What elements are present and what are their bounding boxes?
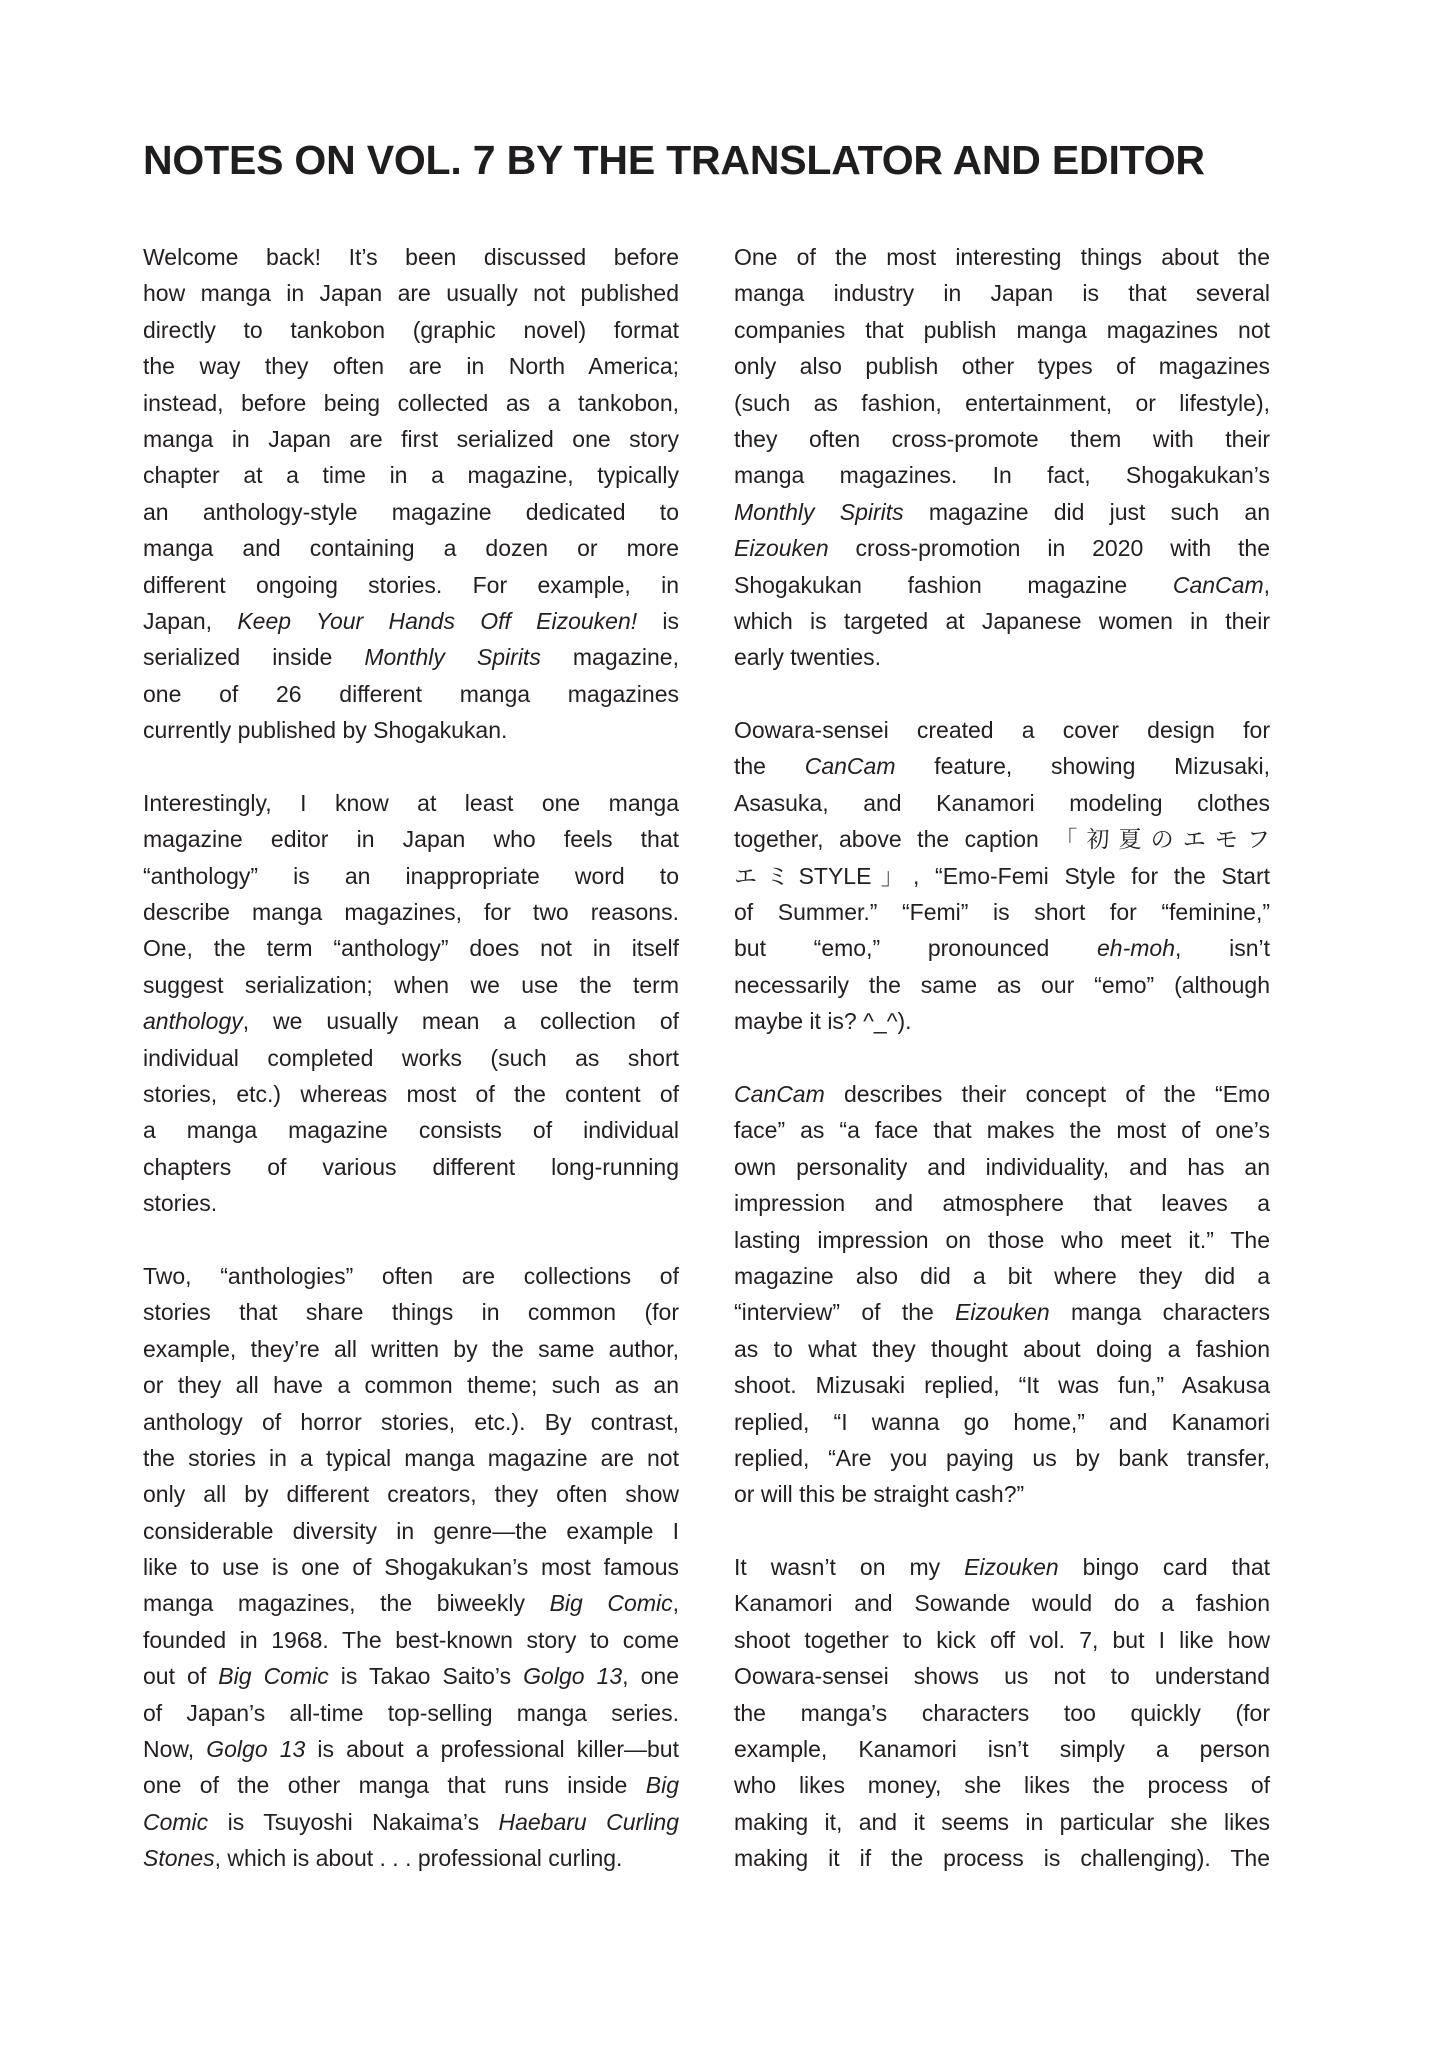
body-text: , which is about . . . professional curl… (215, 1845, 623, 1871)
body-text: Welcome back! It’s been discussed before (143, 244, 679, 270)
text-line: Welcome back! It’s been discussed before (143, 239, 679, 275)
body-text: describes their concept of the “Emo (825, 1081, 1270, 1107)
text-line: example, Kanamori isn’t simply a person (734, 1731, 1270, 1767)
body-text: of Japan’s all-time top-selling manga se… (143, 1700, 679, 1726)
body-text: face” as “a face that makes the most of … (734, 1117, 1270, 1143)
body-text: manga magazines. In fact, Shogakukan’s (734, 462, 1270, 488)
text-line: Interestingly, I know at least one manga (143, 785, 679, 821)
body-text: , (673, 1590, 679, 1616)
text-line: Comic is Tsuyoshi Nakaima’s Haebaru Curl… (143, 1804, 679, 1840)
left-column: Welcome back! It’s been discussed before… (143, 239, 679, 1913)
text-line: manga magazines. In fact, Shogakukan’s (734, 457, 1270, 493)
body-text: is Tsuyoshi Nakaima’s (208, 1809, 498, 1835)
text-line: the CanCam feature, showing Mizusaki, (734, 748, 1270, 784)
text-line: anthology of horror stories, etc.). By c… (143, 1404, 679, 1440)
text-line: the manga’s characters too quickly (for (734, 1695, 1270, 1731)
text-line: CanCam describes their concept of the “E… (734, 1076, 1270, 1112)
body-text: replied, “I wanna go home,” and Kanamori (734, 1409, 1270, 1435)
body-text: out of (143, 1663, 218, 1689)
body-text: Two, “anthologies” often are collections… (143, 1263, 679, 1289)
italic-title-text: Big Comic (218, 1663, 328, 1689)
body-text: magazine editor in Japan who feels that (143, 826, 679, 852)
italic-title-text: eh-moh (1097, 935, 1175, 961)
body-text: manga characters (1050, 1299, 1270, 1325)
paragraph: One of the most interesting things about… (734, 239, 1270, 676)
text-line: (such as fashion, entertainment, or life… (734, 385, 1270, 421)
body-text: magazine did just such an (904, 499, 1270, 525)
italic-title-text: Eizouken (734, 535, 829, 561)
body-text: Asasuka, and Kanamori modeling clothes (734, 790, 1270, 816)
text-line: face” as “a face that makes the most of … (734, 1112, 1270, 1148)
italic-title-text: Keep Your Hands Off Eizouken! (237, 608, 637, 634)
text-line: the stories in a typical manga magazine … (143, 1440, 679, 1476)
body-text: or they all have a common theme; such as… (143, 1372, 679, 1398)
text-line: Japan, Keep Your Hands Off Eizouken! is (143, 603, 679, 639)
body-text: companies that publish manga magazines n… (734, 317, 1270, 343)
text-line: only all by different creators, they oft… (143, 1476, 679, 1512)
text-line: one of 26 different manga magazines (143, 676, 679, 712)
text-line: the way they often are in North America; (143, 348, 679, 384)
body-text: making it, and it seems in particular sh… (734, 1809, 1270, 1835)
body-text: One, the term “anthology” does not in it… (143, 935, 679, 961)
text-line: maybe it is? ^_^). (734, 1003, 1270, 1039)
body-text: Shogakukan fashion magazine (734, 572, 1173, 598)
body-text: maybe it is? ^_^). (734, 1008, 912, 1034)
italic-title-text: Eizouken (955, 1299, 1050, 1325)
page-title: NOTES ON VOL. 7 BY THE TRANSLATOR AND ED… (143, 136, 1271, 184)
body-text: manga and containing a dozen or more (143, 535, 679, 561)
body-text: individual completed works (such as shor… (143, 1045, 679, 1071)
text-line: or they all have a common theme; such as… (143, 1367, 679, 1403)
body-text: chapter at a time in a magazine, typical… (143, 462, 679, 488)
text-line: how manga in Japan are usually not publi… (143, 275, 679, 311)
text-line: stories that share things in common (for (143, 1294, 679, 1330)
italic-title-text: Eizouken (964, 1554, 1059, 1580)
body-text: エミSTYLE」, “Emo-Femi Style for the Start (734, 863, 1270, 889)
body-text: is about a professional killer—but (305, 1736, 679, 1762)
paragraph: It wasn’t on my Eizouken bingo card that… (734, 1549, 1270, 1877)
paragraph: Welcome back! It’s been discussed before… (143, 239, 679, 748)
body-text: Oowara-sensei created a cover design for (734, 717, 1270, 743)
text-line: which is targeted at Japanese women in t… (734, 603, 1270, 639)
body-text: manga industry in Japan is that several (734, 280, 1270, 306)
paragraph: Oowara-sensei created a cover design for… (734, 712, 1270, 1040)
text-line: necessarily the same as our “emo” (altho… (734, 967, 1270, 1003)
text-line: directly to tankobon (graphic novel) for… (143, 312, 679, 348)
body-text: One of the most interesting things about… (734, 244, 1270, 270)
body-text: early twenties. (734, 644, 881, 670)
body-text: a manga magazine consists of individual (143, 1117, 679, 1143)
body-text: stories. (143, 1190, 217, 1216)
body-text: (such as fashion, entertainment, or life… (734, 390, 1270, 416)
text-line: chapters of various different long-runni… (143, 1149, 679, 1185)
text-line: manga magazines, the biweekly Big Comic, (143, 1585, 679, 1621)
text-line: example, they’re all written by the same… (143, 1331, 679, 1367)
body-text: , isn’t (1175, 935, 1270, 961)
text-line: or will this be straight cash?” (734, 1476, 1270, 1512)
text-line: It wasn’t on my Eizouken bingo card that (734, 1549, 1270, 1585)
body-text: currently published by Shogakukan. (143, 717, 507, 743)
body-text: like to use is one of Shogakukan’s most … (143, 1554, 679, 1580)
right-column: One of the most interesting things about… (734, 239, 1270, 1913)
body-text: making it if the process is challenging)… (734, 1845, 1270, 1871)
italic-title-text: Monthly Spirits (734, 499, 904, 525)
body-text: but “emo,” pronounced (734, 935, 1097, 961)
paragraph: CanCam describes their concept of the “E… (734, 1076, 1270, 1513)
body-text: which is targeted at Japanese women in t… (734, 608, 1270, 634)
body-text: is Takao Saito’s (329, 1663, 523, 1689)
italic-title-text: Golgo 13 (523, 1663, 622, 1689)
text-line: manga in Japan are first serialized one … (143, 421, 679, 457)
body-text: Interestingly, I know at least one manga (143, 790, 679, 816)
body-text: It wasn’t on my (734, 1554, 964, 1580)
body-text: , we usually mean a collection of (243, 1008, 679, 1034)
text-line: like to use is one of Shogakukan’s most … (143, 1549, 679, 1585)
body-text: magazine, (541, 644, 679, 670)
body-text: shoot together to kick off vol. 7, but I… (734, 1627, 1270, 1653)
text-line: Shogakukan fashion magazine CanCam, (734, 567, 1270, 603)
italic-title-text: CanCam (1173, 572, 1264, 598)
text-line: Oowara-sensei shows us not to understand (734, 1658, 1270, 1694)
body-text: magazine also did a bit where they did a (734, 1263, 1270, 1289)
body-text: serialized inside (143, 644, 364, 670)
body-text: directly to tankobon (graphic novel) for… (143, 317, 679, 343)
italic-title-text: anthology (143, 1008, 243, 1034)
text-line: “anthology” is an inappropriate word to (143, 858, 679, 894)
body-text: example, Kanamori isn’t simply a person (734, 1736, 1270, 1762)
body-text: manga magazines, the biweekly (143, 1590, 550, 1616)
text-line: lasting impression on those who meet it.… (734, 1222, 1270, 1258)
text-line: early twenties. (734, 639, 1270, 675)
text-line: One, the term “anthology” does not in it… (143, 930, 679, 966)
italic-title-text: Comic (143, 1809, 208, 1835)
body-text: only also publish other types of magazin… (734, 353, 1270, 379)
text-line: describe manga magazines, for two reason… (143, 894, 679, 930)
text-line: anthology, we usually mean a collection … (143, 1003, 679, 1039)
body-text: how manga in Japan are usually not publi… (143, 280, 679, 306)
text-line: they often cross-promote them with their (734, 421, 1270, 457)
text-line: different ongoing stories. For example, … (143, 567, 679, 603)
text-line: Kanamori and Sowande would do a fashion (734, 1585, 1270, 1621)
text-line: of Japan’s all-time top-selling manga se… (143, 1695, 679, 1731)
body-text: cross-promotion in 2020 with the (829, 535, 1270, 561)
text-line: founded in 1968. The best-known story to… (143, 1622, 679, 1658)
text-line: stories. (143, 1185, 679, 1221)
body-text: the manga’s characters too quickly (for (734, 1700, 1270, 1726)
text-line: together, above the caption 「初夏のエモフ (734, 821, 1270, 857)
italic-title-text: CanCam (734, 1081, 825, 1107)
body-text: Oowara-sensei shows us not to understand (734, 1663, 1270, 1689)
body-text: feature, showing Mizusaki, (896, 753, 1271, 779)
body-text: they often cross-promote them with their (734, 426, 1270, 452)
italic-title-text: Big (646, 1772, 679, 1798)
body-text: the way they often are in North America; (143, 353, 679, 379)
text-line: a manga magazine consists of individual (143, 1112, 679, 1148)
body-text: manga in Japan are first serialized one … (143, 426, 679, 452)
text-line: shoot. Mizusaki replied, “It was fun,” A… (734, 1367, 1270, 1403)
text-line: own personality and individuality, and h… (734, 1149, 1270, 1185)
text-line: Now, Golgo 13 is about a professional ki… (143, 1731, 679, 1767)
body-text: or will this be straight cash?” (734, 1481, 1024, 1507)
body-text: who likes money, she likes the process o… (734, 1772, 1270, 1798)
body-text: replied, “Are you paying us by bank tran… (734, 1445, 1270, 1471)
text-line: manga and containing a dozen or more (143, 530, 679, 566)
body-text: Now, (143, 1736, 206, 1762)
body-text: one of the other manga that runs inside (143, 1772, 646, 1798)
body-text: describe manga magazines, for two reason… (143, 899, 679, 925)
text-line: One of the most interesting things about… (734, 239, 1270, 275)
body-text: “interview” of the (734, 1299, 955, 1325)
body-text: shoot. Mizusaki replied, “It was fun,” A… (734, 1372, 1270, 1398)
text-line: instead, before being collected as a tan… (143, 385, 679, 421)
italic-title-text: Golgo 13 (206, 1736, 305, 1762)
body-text: Japan, (143, 608, 237, 634)
body-text: the (734, 753, 805, 779)
text-line: replied, “I wanna go home,” and Kanamori (734, 1404, 1270, 1440)
italic-title-text: Haebaru Curling (498, 1809, 679, 1835)
text-line: manga industry in Japan is that several (734, 275, 1270, 311)
body-text: an anthology-style magazine dedicated to (143, 499, 679, 525)
text-line: who likes money, she likes the process o… (734, 1767, 1270, 1803)
text-line: making it, and it seems in particular sh… (734, 1804, 1270, 1840)
text-line: currently published by Shogakukan. (143, 712, 679, 748)
body-text: own personality and individuality, and h… (734, 1154, 1270, 1180)
text-line: “interview” of the Eizouken manga charac… (734, 1294, 1270, 1330)
body-text: only all by different creators, they oft… (143, 1481, 679, 1507)
text-line: suggest serialization; when we use the t… (143, 967, 679, 1003)
body-text: stories that share things in common (for (143, 1299, 679, 1325)
body-text: suggest serialization; when we use the t… (143, 972, 679, 998)
body-text: considerable diversity in genre—the exam… (143, 1518, 679, 1544)
text-line: individual completed works (such as shor… (143, 1040, 679, 1076)
paragraph: Two, “anthologies” often are collections… (143, 1258, 679, 1877)
body-text: , one (622, 1663, 679, 1689)
text-line: magazine also did a bit where they did a (734, 1258, 1270, 1294)
text-line: but “emo,” pronounced eh-moh, isn’t (734, 930, 1270, 966)
text-line: Eizouken cross-promotion in 2020 with th… (734, 530, 1270, 566)
text-line: of Summer.” “Femi” is short for “feminin… (734, 894, 1270, 930)
body-text: anthology of horror stories, etc.). By c… (143, 1409, 679, 1435)
body-text: impression and atmosphere that leaves a (734, 1190, 1270, 1216)
text-line: Two, “anthologies” often are collections… (143, 1258, 679, 1294)
text-line: replied, “Are you paying us by bank tran… (734, 1440, 1270, 1476)
body-text: the stories in a typical manga magazine … (143, 1445, 679, 1471)
body-text: , (1264, 572, 1270, 598)
text-line: companies that publish manga magazines n… (734, 312, 1270, 348)
italic-title-text: Monthly Spirits (364, 644, 540, 670)
body-text: is (637, 608, 679, 634)
text-line: shoot together to kick off vol. 7, but I… (734, 1622, 1270, 1658)
text-line: magazine editor in Japan who feels that (143, 821, 679, 857)
text-line: as to what they thought about doing a fa… (734, 1331, 1270, 1367)
text-line: Asasuka, and Kanamori modeling clothes (734, 785, 1270, 821)
text-line: only also publish other types of magazin… (734, 348, 1270, 384)
text-line: エミSTYLE」, “Emo-Femi Style for the Start (734, 858, 1270, 894)
text-line: Monthly Spirits magazine did just such a… (734, 494, 1270, 530)
text-line: stories, etc.) whereas most of the conte… (143, 1076, 679, 1112)
paragraph: Interestingly, I know at least one manga… (143, 785, 679, 1222)
italic-title-text: Big Comic (550, 1590, 673, 1616)
body-text: Kanamori and Sowande would do a fashion (734, 1590, 1270, 1616)
body-text: lasting impression on those who meet it.… (734, 1227, 1270, 1253)
text-line: out of Big Comic is Takao Saito’s Golgo … (143, 1658, 679, 1694)
body-text: instead, before being collected as a tan… (143, 390, 679, 416)
body-text: of Summer.” “Femi” is short for “feminin… (734, 899, 1270, 925)
body-text: bingo card that (1059, 1554, 1270, 1580)
italic-title-text: CanCam (805, 753, 896, 779)
body-text: “anthology” is an inappropriate word to (143, 863, 679, 889)
body-text: different ongoing stories. For example, … (143, 572, 679, 598)
text-line: considerable diversity in genre—the exam… (143, 1513, 679, 1549)
body-text: necessarily the same as our “emo” (altho… (734, 972, 1270, 998)
body-text: founded in 1968. The best-known story to… (143, 1627, 679, 1653)
italic-title-text: Stones (143, 1845, 215, 1871)
body-text: as to what they thought about doing a fa… (734, 1336, 1270, 1362)
body-text: chapters of various different long-runni… (143, 1154, 679, 1180)
text-line: chapter at a time in a magazine, typical… (143, 457, 679, 493)
text-line: an anthology-style magazine dedicated to (143, 494, 679, 530)
body-text: one of 26 different manga magazines (143, 681, 679, 707)
body-text: together, above the caption 「初夏のエモフ (734, 826, 1270, 852)
text-line: serialized inside Monthly Spirits magazi… (143, 639, 679, 675)
text-line: Oowara-sensei created a cover design for (734, 712, 1270, 748)
text-line: Stones, which is about . . . professiona… (143, 1840, 679, 1876)
text-line: making it if the process is challenging)… (734, 1840, 1270, 1876)
text-line: one of the other manga that runs inside … (143, 1767, 679, 1803)
body-text: example, they’re all written by the same… (143, 1336, 679, 1362)
text-line: impression and atmosphere that leaves a (734, 1185, 1270, 1221)
body-text: stories, etc.) whereas most of the conte… (143, 1081, 679, 1107)
